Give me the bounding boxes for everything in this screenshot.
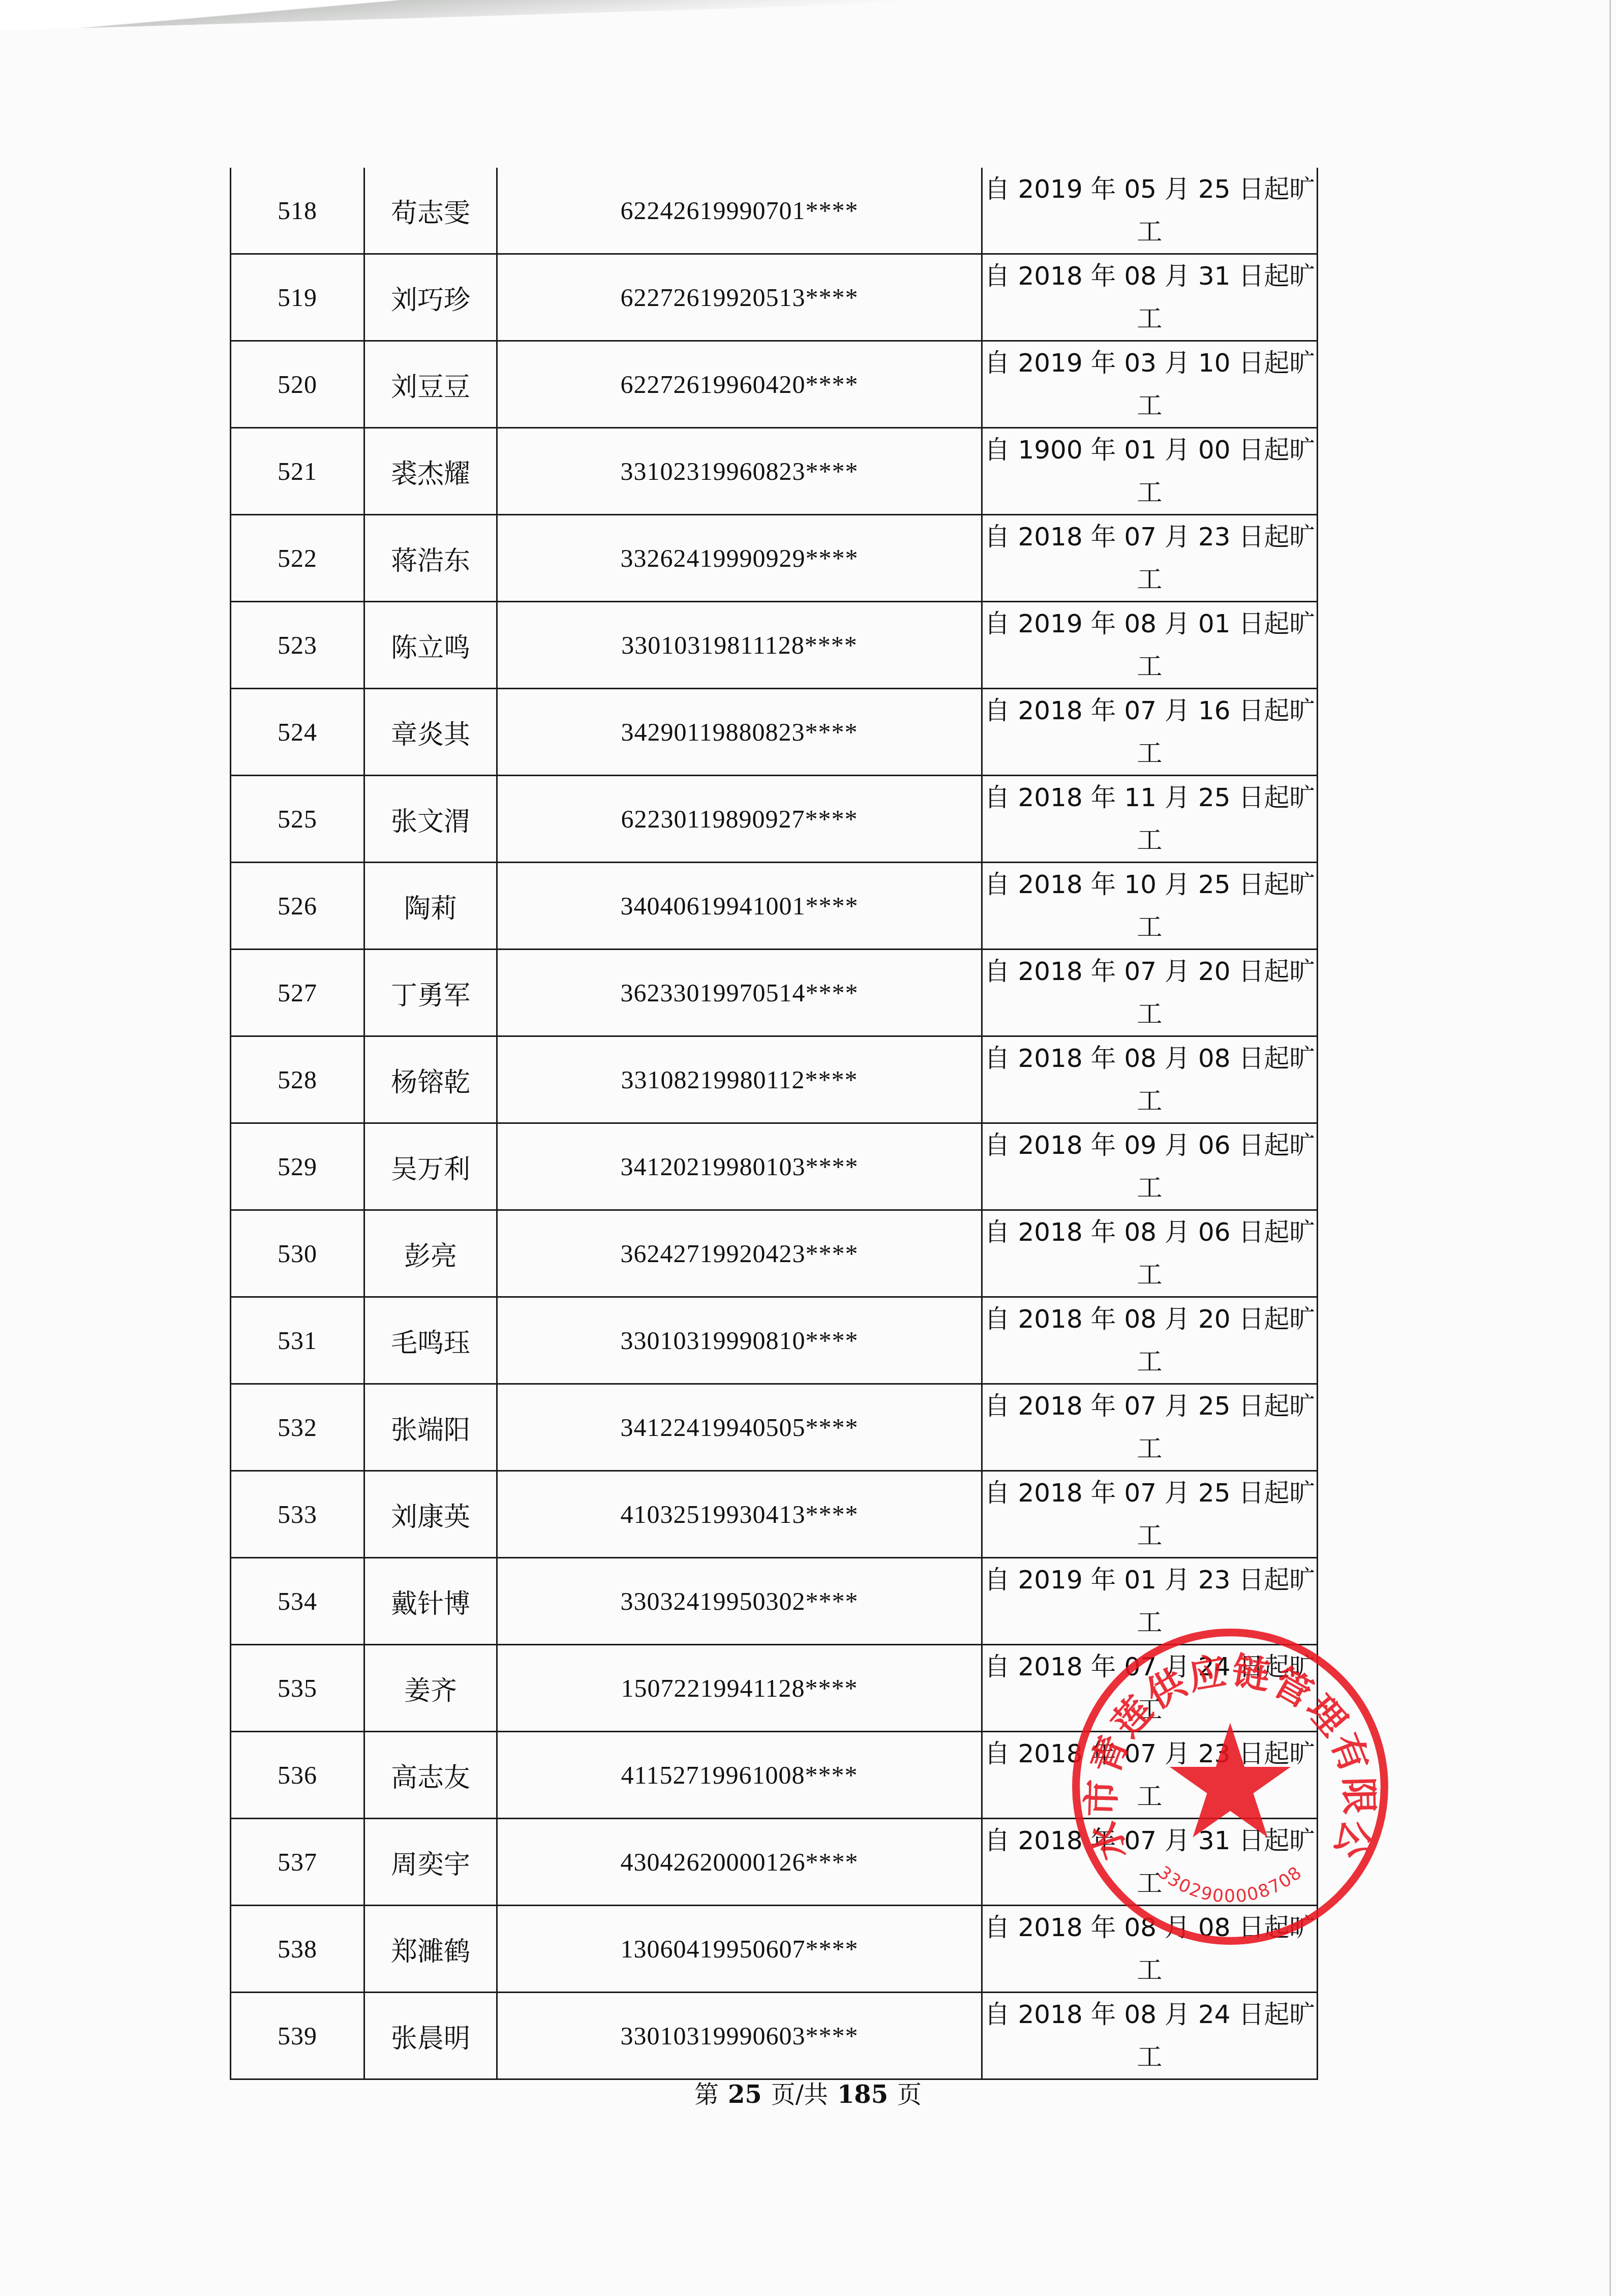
roster-table: 518 苟志雯 62242619990701**** 自 2019 年 05 月… bbox=[230, 168, 1318, 2080]
row-number: 518 bbox=[231, 168, 364, 254]
absence-status-line1: 自 2018 年 08 月 31 日起旷 bbox=[983, 255, 1317, 297]
absence-status-line1: 自 2018 年 07 月 25 日起旷 bbox=[983, 1472, 1317, 1514]
absence-status: 自 2018 年 09 月 06 日起旷 工 bbox=[982, 1123, 1318, 1210]
id-number: 34122419940505**** bbox=[497, 1384, 982, 1471]
table-row: 534 戴针博 33032419950302**** 自 2019 年 01 月… bbox=[231, 1558, 1318, 1645]
absence-status-line2: 工 bbox=[983, 645, 1317, 688]
id-number: 13060419950607**** bbox=[497, 1906, 982, 1993]
table-row: 537 周奕宇 43042620000126**** 自 2018 年 07 月… bbox=[231, 1819, 1318, 1906]
row-number: 539 bbox=[231, 1993, 364, 2079]
absence-status-line2: 工 bbox=[983, 384, 1317, 427]
absence-status-line1: 自 2018 年 08 月 06 日起旷 bbox=[983, 1211, 1317, 1253]
id-number: 33010319990810**** bbox=[497, 1297, 982, 1384]
absence-status: 自 2018 年 07 月 25 日起旷 工 bbox=[982, 1384, 1318, 1471]
id-number: 15072219941128**** bbox=[497, 1645, 982, 1732]
absence-status: 自 2019 年 03 月 10 日起旷 工 bbox=[982, 341, 1318, 428]
employee-name: 张端阳 bbox=[364, 1384, 497, 1471]
absence-status-line1: 自 2018 年 09 月 06 日起旷 bbox=[983, 1124, 1317, 1167]
absence-status: 自 2019 年 01 月 23 日起旷 工 bbox=[982, 1558, 1318, 1645]
table-row: 539 张晨明 33010319990603**** 自 2018 年 08 月… bbox=[231, 1993, 1318, 2079]
absence-status: 自 2018 年 11 月 25 日起旷 工 bbox=[982, 776, 1318, 863]
row-number: 527 bbox=[231, 950, 364, 1036]
employee-name: 郑濉鹤 bbox=[364, 1906, 497, 1993]
employee-name: 陶莉 bbox=[364, 863, 497, 950]
id-number: 41032519930413**** bbox=[497, 1471, 982, 1558]
footer-prefix: 第 bbox=[694, 2080, 719, 2109]
id-number: 33032419950302**** bbox=[497, 1558, 982, 1645]
employee-name: 彭亮 bbox=[364, 1210, 497, 1297]
absence-status: 自 2018 年 07 月 31 日起旷 工 bbox=[982, 1819, 1318, 1906]
table-row: 528 杨镕乾 33108219980112**** 自 2018 年 08 月… bbox=[231, 1036, 1318, 1123]
table-row: 536 高志友 41152719961008**** 自 2018 年 07 月… bbox=[231, 1732, 1318, 1819]
absence-status: 自 2018 年 08 月 08 日起旷 工 bbox=[982, 1906, 1318, 1993]
row-number: 519 bbox=[231, 254, 364, 341]
id-number: 62272619920513**** bbox=[497, 254, 982, 341]
id-number: 33262419990929**** bbox=[497, 515, 982, 602]
table-row: 538 郑濉鹤 13060419950607**** 自 2018 年 08 月… bbox=[231, 1906, 1318, 1993]
footer-middle: 页/共 bbox=[771, 2080, 828, 2109]
absence-status: 自 2018 年 07 月 23 日起旷 工 bbox=[982, 1732, 1318, 1819]
absence-status-line2: 工 bbox=[983, 558, 1317, 601]
employee-name: 裘杰耀 bbox=[364, 428, 497, 515]
row-number: 520 bbox=[231, 341, 364, 428]
absence-status-line2: 工 bbox=[983, 1949, 1317, 1992]
footer-suffix: 页 bbox=[897, 2080, 922, 2109]
absence-status: 自 2018 年 08 月 20 日起旷 工 bbox=[982, 1297, 1318, 1384]
table-row: 518 苟志雯 62242619990701**** 自 2019 年 05 月… bbox=[231, 168, 1318, 254]
row-number: 531 bbox=[231, 1297, 364, 1384]
current-page-number: 25 bbox=[728, 2080, 762, 2109]
absence-status-line1: 自 2019 年 08 月 01 日起旷 bbox=[983, 602, 1317, 645]
employee-name: 刘豆豆 bbox=[364, 341, 497, 428]
absence-status-line2: 工 bbox=[983, 1601, 1317, 1644]
absence-status: 自 2018 年 10 月 25 日起旷 工 bbox=[982, 863, 1318, 950]
id-number: 34120219980103**** bbox=[497, 1123, 982, 1210]
row-number: 524 bbox=[231, 689, 364, 776]
absence-status: 自 1900 年 01 月 00 日起旷 工 bbox=[982, 428, 1318, 515]
employee-name: 刘康英 bbox=[364, 1471, 497, 1558]
total-page-count: 185 bbox=[837, 2080, 888, 2109]
row-number: 532 bbox=[231, 1384, 364, 1471]
absence-status: 自 2018 年 07 月 23 日起旷 工 bbox=[982, 515, 1318, 602]
table-row: 524 章炎其 34290119880823**** 自 2018 年 07 月… bbox=[231, 689, 1318, 776]
id-number: 34290119880823**** bbox=[497, 689, 982, 776]
employee-name: 苟志雯 bbox=[364, 168, 497, 254]
absence-status-line2: 工 bbox=[983, 1253, 1317, 1296]
absence-status-line1: 自 2018 年 08 月 08 日起旷 bbox=[983, 1037, 1317, 1080]
employee-name: 高志友 bbox=[364, 1732, 497, 1819]
absence-status-line1: 自 2018 年 07 月 25 日起旷 bbox=[983, 1385, 1317, 1427]
employee-name: 周奕宇 bbox=[364, 1819, 497, 1906]
table-row: 530 彭亮 36242719920423**** 自 2018 年 08 月 … bbox=[231, 1210, 1318, 1297]
id-number: 33102319960823**** bbox=[497, 428, 982, 515]
absence-status-line1: 自 2018 年 07 月 24 日起旷 bbox=[983, 1645, 1317, 1688]
absence-status: 自 2018 年 08 月 08 日起旷 工 bbox=[982, 1036, 1318, 1123]
employee-name: 吴万利 bbox=[364, 1123, 497, 1210]
employee-name: 蒋浩东 bbox=[364, 515, 497, 602]
employee-name: 姜齐 bbox=[364, 1645, 497, 1732]
employee-name: 杨镕乾 bbox=[364, 1036, 497, 1123]
absence-status-line1: 自 2019 年 01 月 23 日起旷 bbox=[983, 1558, 1317, 1601]
table-row: 529 吴万利 34120219980103**** 自 2018 年 09 月… bbox=[231, 1123, 1318, 1210]
absence-status-line2: 工 bbox=[983, 1427, 1317, 1470]
absence-status-line1: 自 2018 年 08 月 20 日起旷 bbox=[983, 1298, 1317, 1340]
table-row: 525 张文渭 62230119890927**** 自 2018 年 11 月… bbox=[231, 776, 1318, 863]
page-edge bbox=[1609, 0, 1611, 2296]
absence-status: 自 2018 年 07 月 20 日起旷 工 bbox=[982, 950, 1318, 1036]
row-number: 526 bbox=[231, 863, 364, 950]
page-footer: 第25页/共185页 bbox=[0, 2075, 1616, 2110]
absence-status: 自 2018 年 07 月 24 日起旷 工 bbox=[982, 1645, 1318, 1732]
row-number: 525 bbox=[231, 776, 364, 863]
row-number: 537 bbox=[231, 1819, 364, 1906]
table-row: 531 毛鸣珏 33010319990810**** 自 2018 年 08 月… bbox=[231, 1297, 1318, 1384]
table-row: 533 刘康英 41032519930413**** 自 2018 年 07 月… bbox=[231, 1471, 1318, 1558]
row-number: 535 bbox=[231, 1645, 364, 1732]
absence-status: 自 2018 年 08 月 24 日起旷 工 bbox=[982, 1993, 1318, 2079]
row-number: 536 bbox=[231, 1732, 364, 1819]
absence-status-line2: 工 bbox=[983, 732, 1317, 775]
absence-status: 自 2018 年 08 月 31 日起旷 工 bbox=[982, 254, 1318, 341]
row-number: 529 bbox=[231, 1123, 364, 1210]
id-number: 62230119890927**** bbox=[497, 776, 982, 863]
id-number: 33010319990603**** bbox=[497, 1993, 982, 2079]
absence-status-line1: 自 2018 年 07 月 20 日起旷 bbox=[983, 950, 1317, 993]
absence-status-line2: 工 bbox=[983, 1775, 1317, 1818]
absence-status: 自 2018 年 07 月 16 日起旷 工 bbox=[982, 689, 1318, 776]
absence-status-line2: 工 bbox=[983, 906, 1317, 948]
absence-status-line2: 工 bbox=[983, 2036, 1317, 2078]
roster-body: 518 苟志雯 62242619990701**** 自 2019 年 05 月… bbox=[231, 168, 1318, 2079]
absence-status-line2: 工 bbox=[983, 819, 1317, 862]
absence-status-line2: 工 bbox=[983, 1862, 1317, 1905]
row-number: 521 bbox=[231, 428, 364, 515]
absence-status: 自 2019 年 05 月 25 日起旷 工 bbox=[982, 168, 1318, 254]
table-row: 526 陶莉 34040619941001**** 自 2018 年 10 月 … bbox=[231, 863, 1318, 950]
absence-status-line1: 自 2018 年 11 月 25 日起旷 bbox=[983, 776, 1317, 819]
table-row: 519 刘巧珍 62272619920513**** 自 2018 年 08 月… bbox=[231, 254, 1318, 341]
absence-status-line1: 自 2018 年 08 月 08 日起旷 bbox=[983, 1906, 1317, 1949]
row-number: 533 bbox=[231, 1471, 364, 1558]
id-number: 36233019970514**** bbox=[497, 950, 982, 1036]
row-number: 534 bbox=[231, 1558, 364, 1645]
absence-status-line2: 工 bbox=[983, 1167, 1317, 1209]
absence-status-line1: 自 2018 年 07 月 31 日起旷 bbox=[983, 1819, 1317, 1862]
absence-status-line1: 自 2018 年 07 月 23 日起旷 bbox=[983, 1732, 1317, 1775]
absence-status-line2: 工 bbox=[983, 1080, 1317, 1122]
id-number: 36242719920423**** bbox=[497, 1210, 982, 1297]
employee-name: 章炎其 bbox=[364, 689, 497, 776]
table-row: 522 蒋浩东 33262419990929**** 自 2018 年 07 月… bbox=[231, 515, 1318, 602]
row-number: 522 bbox=[231, 515, 364, 602]
table-row: 520 刘豆豆 62272619960420**** 自 2019 年 03 月… bbox=[231, 341, 1318, 428]
row-number: 523 bbox=[231, 602, 364, 689]
absence-status-line1: 自 2018 年 07 月 16 日起旷 bbox=[983, 689, 1317, 732]
employee-name: 陈立鸣 bbox=[364, 602, 497, 689]
table-row: 535 姜齐 15072219941128**** 自 2018 年 07 月 … bbox=[231, 1645, 1318, 1732]
table-row: 521 裘杰耀 33102319960823**** 自 1900 年 01 月… bbox=[231, 428, 1318, 515]
employee-name: 张文渭 bbox=[364, 776, 497, 863]
id-number: 33010319811128**** bbox=[497, 602, 982, 689]
absence-status-line1: 自 2018 年 08 月 24 日起旷 bbox=[983, 1993, 1317, 2036]
row-number: 530 bbox=[231, 1210, 364, 1297]
employee-name: 刘巧珍 bbox=[364, 254, 497, 341]
absence-status-line1: 自 2018 年 10 月 25 日起旷 bbox=[983, 863, 1317, 906]
row-number: 538 bbox=[231, 1906, 364, 1993]
id-number: 33108219980112**** bbox=[497, 1036, 982, 1123]
table-row: 523 陈立鸣 33010319811128**** 自 2019 年 08 月… bbox=[231, 602, 1318, 689]
absence-status-line1: 自 1900 年 01 月 00 日起旷 bbox=[983, 428, 1317, 471]
absence-status-line2: 工 bbox=[983, 1340, 1317, 1383]
absence-status-line2: 工 bbox=[983, 1688, 1317, 1731]
id-number: 62272619960420**** bbox=[497, 341, 982, 428]
absence-status: 自 2018 年 08 月 06 日起旷 工 bbox=[982, 1210, 1318, 1297]
absence-status-line2: 工 bbox=[983, 210, 1317, 253]
id-number: 43042620000126**** bbox=[497, 1819, 982, 1906]
scan-shadow bbox=[0, 0, 966, 30]
id-number: 34040619941001**** bbox=[497, 863, 982, 950]
absence-status-line2: 工 bbox=[983, 471, 1317, 514]
absence-status-line2: 工 bbox=[983, 1514, 1317, 1557]
employee-name: 戴针博 bbox=[364, 1558, 497, 1645]
table-row: 532 张端阳 34122419940505**** 自 2018 年 07 月… bbox=[231, 1384, 1318, 1471]
absence-status: 自 2019 年 08 月 01 日起旷 工 bbox=[982, 602, 1318, 689]
absence-status-line2: 工 bbox=[983, 993, 1317, 1035]
absence-status-line1: 自 2018 年 07 月 23 日起旷 bbox=[983, 515, 1317, 558]
absence-status-line1: 自 2019 年 05 月 25 日起旷 bbox=[983, 168, 1317, 210]
id-number: 62242619990701**** bbox=[497, 168, 982, 254]
employee-name: 丁勇军 bbox=[364, 950, 497, 1036]
row-number: 528 bbox=[231, 1036, 364, 1123]
employee-name: 张晨明 bbox=[364, 1993, 497, 2079]
absence-status: 自 2018 年 07 月 25 日起旷 工 bbox=[982, 1471, 1318, 1558]
absence-status-line2: 工 bbox=[983, 297, 1317, 340]
employee-name: 毛鸣珏 bbox=[364, 1297, 497, 1384]
table-row: 527 丁勇军 36233019970514**** 自 2018 年 07 月… bbox=[231, 950, 1318, 1036]
id-number: 41152719961008**** bbox=[497, 1732, 982, 1819]
absence-status-line1: 自 2019 年 03 月 10 日起旷 bbox=[983, 342, 1317, 384]
